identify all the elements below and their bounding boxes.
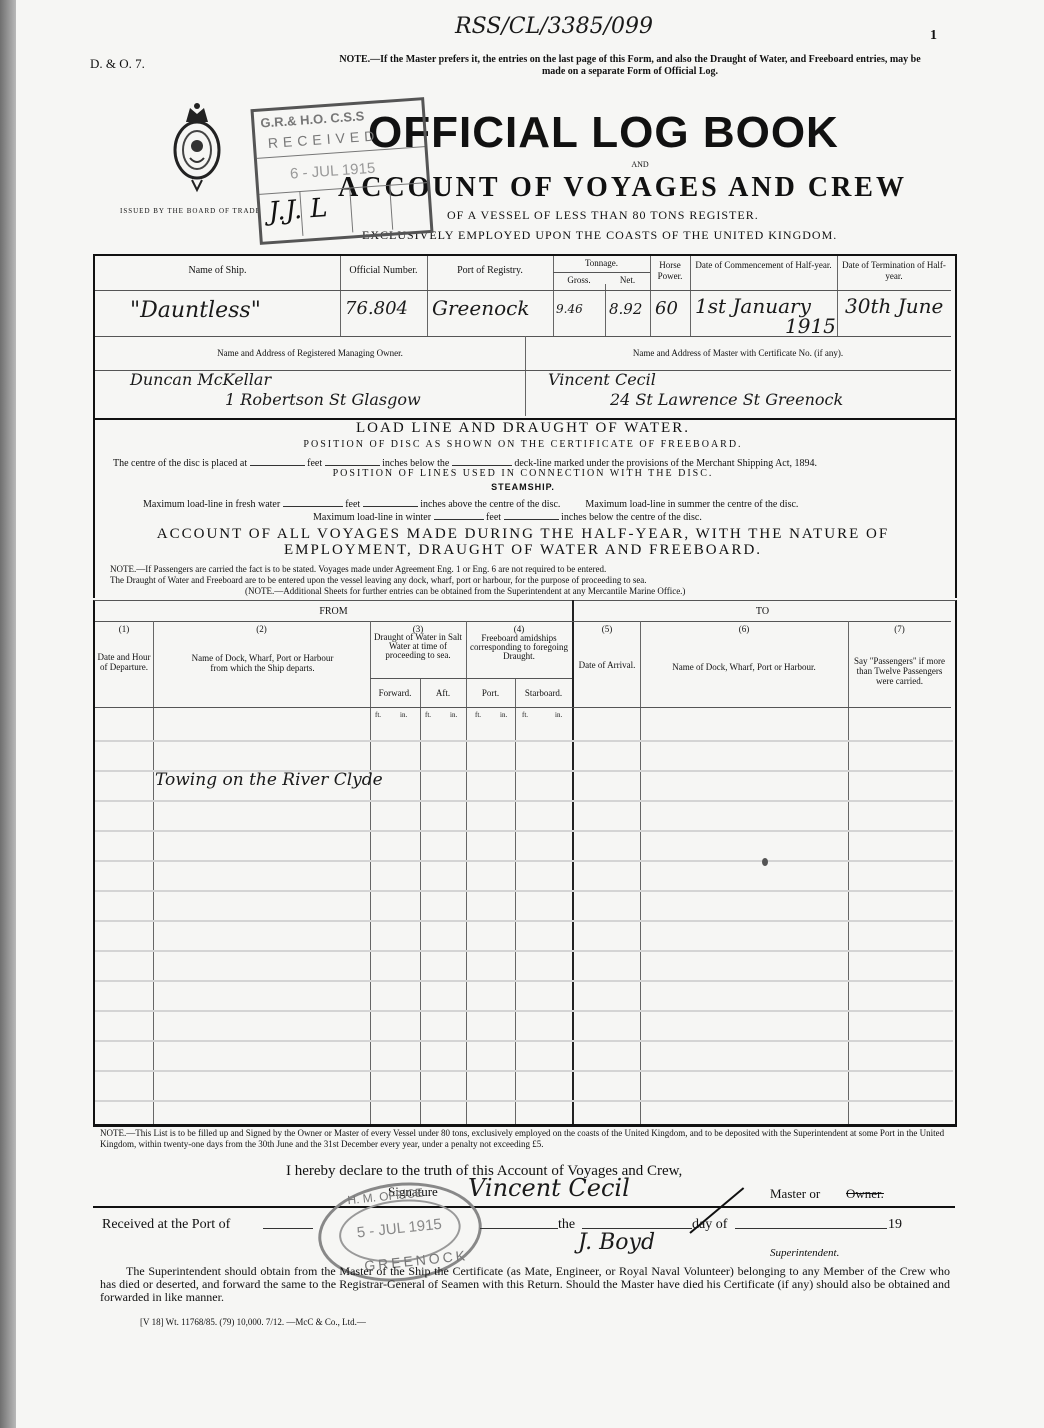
owner-struck-label: Owner. [846,1186,884,1202]
fresh-label-a: Maximum load-line in fresh water [143,499,280,510]
col-6-number: (6) [640,624,848,634]
ft-label: ft. [522,711,528,719]
aft-header: Aft. [420,688,466,698]
col-7-label: Say "Passengers" if more than Twelve Pas… [850,656,949,686]
disc-inches-field[interactable] [325,455,380,466]
winter-inches-field[interactable] [504,509,559,520]
year-label: 19 [888,1217,902,1233]
fresh-feet-field[interactable] [283,496,343,507]
header-gross: Gross. [553,275,605,285]
archive-reference: RSS/CL/3385/099 [455,14,653,39]
horse-power-value: 60 [655,298,678,319]
page-number: 1 [930,28,937,44]
to-header: TO [574,606,951,617]
issued-by: ISSUED BY THE BOARD OF TRADE [120,207,261,215]
col-5-label: Date of Arrival. [576,660,638,670]
gross-value: 9.46 [556,302,583,316]
col-2-label: Name of Dock, Wharf, Port or Harbour fro… [185,653,340,673]
header-net: Net. [605,275,650,285]
header-tonnage: Tonnage. [553,258,650,268]
winter-label-a: Maximum load-line in winter [313,512,431,523]
port-header: Port. [466,688,515,698]
port-value: Greenock [432,296,529,320]
disc-line: The centre of the disc is placed at feet… [113,455,953,469]
voyages-note-2: The Draught of Water and Freeboard are t… [110,575,950,585]
voyages-note-3: (NOTE.—Additional Sheets for further ent… [245,586,945,596]
col-1-label: Date and Hour of Departure. [95,652,153,672]
royal-crest-icon [168,100,226,195]
fresh-inches-field[interactable] [363,496,418,507]
disc-deck-field[interactable] [452,455,512,466]
col-2-number: (2) [153,624,370,634]
steamship-label: STEAMSHIP. [95,482,951,492]
ft-label: ft. [375,711,381,719]
in-label: in. [400,711,407,719]
col-6-label: Name of Dock, Wharf, Port or Harbour. [665,662,823,672]
col-1-number: (1) [95,624,153,634]
binding-edge [0,0,16,1428]
ft-label: ft. [425,711,431,719]
winter-feet-field[interactable] [434,509,484,520]
stamp-date: 6 - JUL 1915 [289,160,375,183]
superintendent-label: Superintendent. [770,1247,839,1259]
printer-imprint: [V 18] Wt. 11768/85. (79) 10,000. 7/12. … [140,1317,366,1327]
received-stamp: G.R.& H.O. C.S.S RECEIVED 6 - JUL 1915 J… [250,97,433,245]
voyages-table [93,600,957,1127]
load-line-title: LOAD LINE AND DRAUGHT OF WATER. [95,420,951,437]
in-label: in. [555,711,562,719]
received-at-label: Received at the Port of [102,1217,230,1233]
master-address: 24 St Lawrence St Greenock [610,390,843,409]
title-and: AND [600,160,680,169]
port-field[interactable] [263,1228,313,1229]
voyage-entry: Towing on the River Clyde [155,770,383,790]
the-label: the [558,1217,575,1233]
from-header: FROM [95,606,572,617]
forward-header: Forward. [370,688,420,698]
day-field[interactable] [582,1228,692,1229]
in-label: in. [500,711,507,719]
owner-header: Name and Address of Registered Managing … [95,348,525,358]
voyages-title-2: EMPLOYMENT, DRAUGHT OF WATER AND FREEBOA… [95,542,951,558]
termination-value: 30th June [845,294,943,318]
net-value: 8.92 [609,300,642,318]
header-official-number: Official Number. [340,265,427,276]
ink-spot [762,858,768,866]
master-signature: Vincent Cecil [468,1174,630,1202]
col-4-label: Freeboard amidships corresponding to for… [468,634,570,661]
col-7-number: (7) [848,624,951,634]
footer-note: NOTE.—This List is to be filled up and S… [100,1128,950,1150]
owner-address: 1 Robertson St Glasgow [225,390,421,409]
header-horse-power: Horse Power. [650,260,690,282]
col-3-label: Draught of Water in Salt Water at time o… [372,633,464,660]
header-commencement: Date of Commencement of Half-year. [690,260,837,271]
winter-line: Maximum load-line in winter feet inches … [313,509,913,523]
stamp-line-2: RECEIVED [267,127,379,151]
winter-label-b: feet [486,512,501,523]
form-code: D. & O. 7. [90,56,145,72]
disc-feet-field[interactable] [250,455,305,466]
master-header: Name and Address of Master with Certific… [525,348,951,358]
header-port: Port of Registry. [427,265,553,276]
official-number-value: 76.804 [345,298,408,319]
stamp-handwriting: J.J. L [268,193,329,227]
master-name: Vincent Cecil [548,370,656,389]
owner-name: Duncan McKellar [130,370,271,389]
lines-heading: POSITION OF LINES USED IN CONNECTION WIT… [95,468,951,479]
ft-label: ft. [475,711,481,719]
col-5-number: (5) [574,624,640,634]
starboard-header: Starboard. [515,688,572,698]
master-or-label: Master or [770,1186,820,1202]
subtitle-line-2: OF A VESSEL OF LESS THAN 80 TONS REGISTE… [447,208,759,223]
ship-name-value: "Dauntless" [130,298,261,323]
stamp-line-1: G.R.& H.O. C.S.S [260,108,365,130]
month-field[interactable] [735,1228,887,1229]
voyages-title-1: ACCOUNT OF ALL VOYAGES MADE DURING THE H… [95,526,951,542]
disc-heading: POSITION OF DISC AS SHOWN ON THE CERTIFI… [95,439,951,450]
page-title: OFFICIAL LOG BOOK [368,108,839,158]
top-note: NOTE.—If the Master prefers it, the entr… [330,54,930,78]
superintendent-signature: J. Boyd [578,1230,655,1255]
winter-label-c: inches below the centre of the disc. [561,512,702,523]
voyages-note-1: NOTE.—If Passengers are carried the fact… [110,564,950,574]
header-termination: Date of Termination of Half-year. [837,260,951,282]
header-ship-name: Name of Ship. [95,265,340,276]
year-value: 1915 [785,314,836,338]
in-label: in. [450,711,457,719]
superintendent-instructions: The Superintendent should obtain from th… [100,1265,950,1304]
fresh-water-line: Maximum load-line in fresh water feet in… [143,496,943,510]
